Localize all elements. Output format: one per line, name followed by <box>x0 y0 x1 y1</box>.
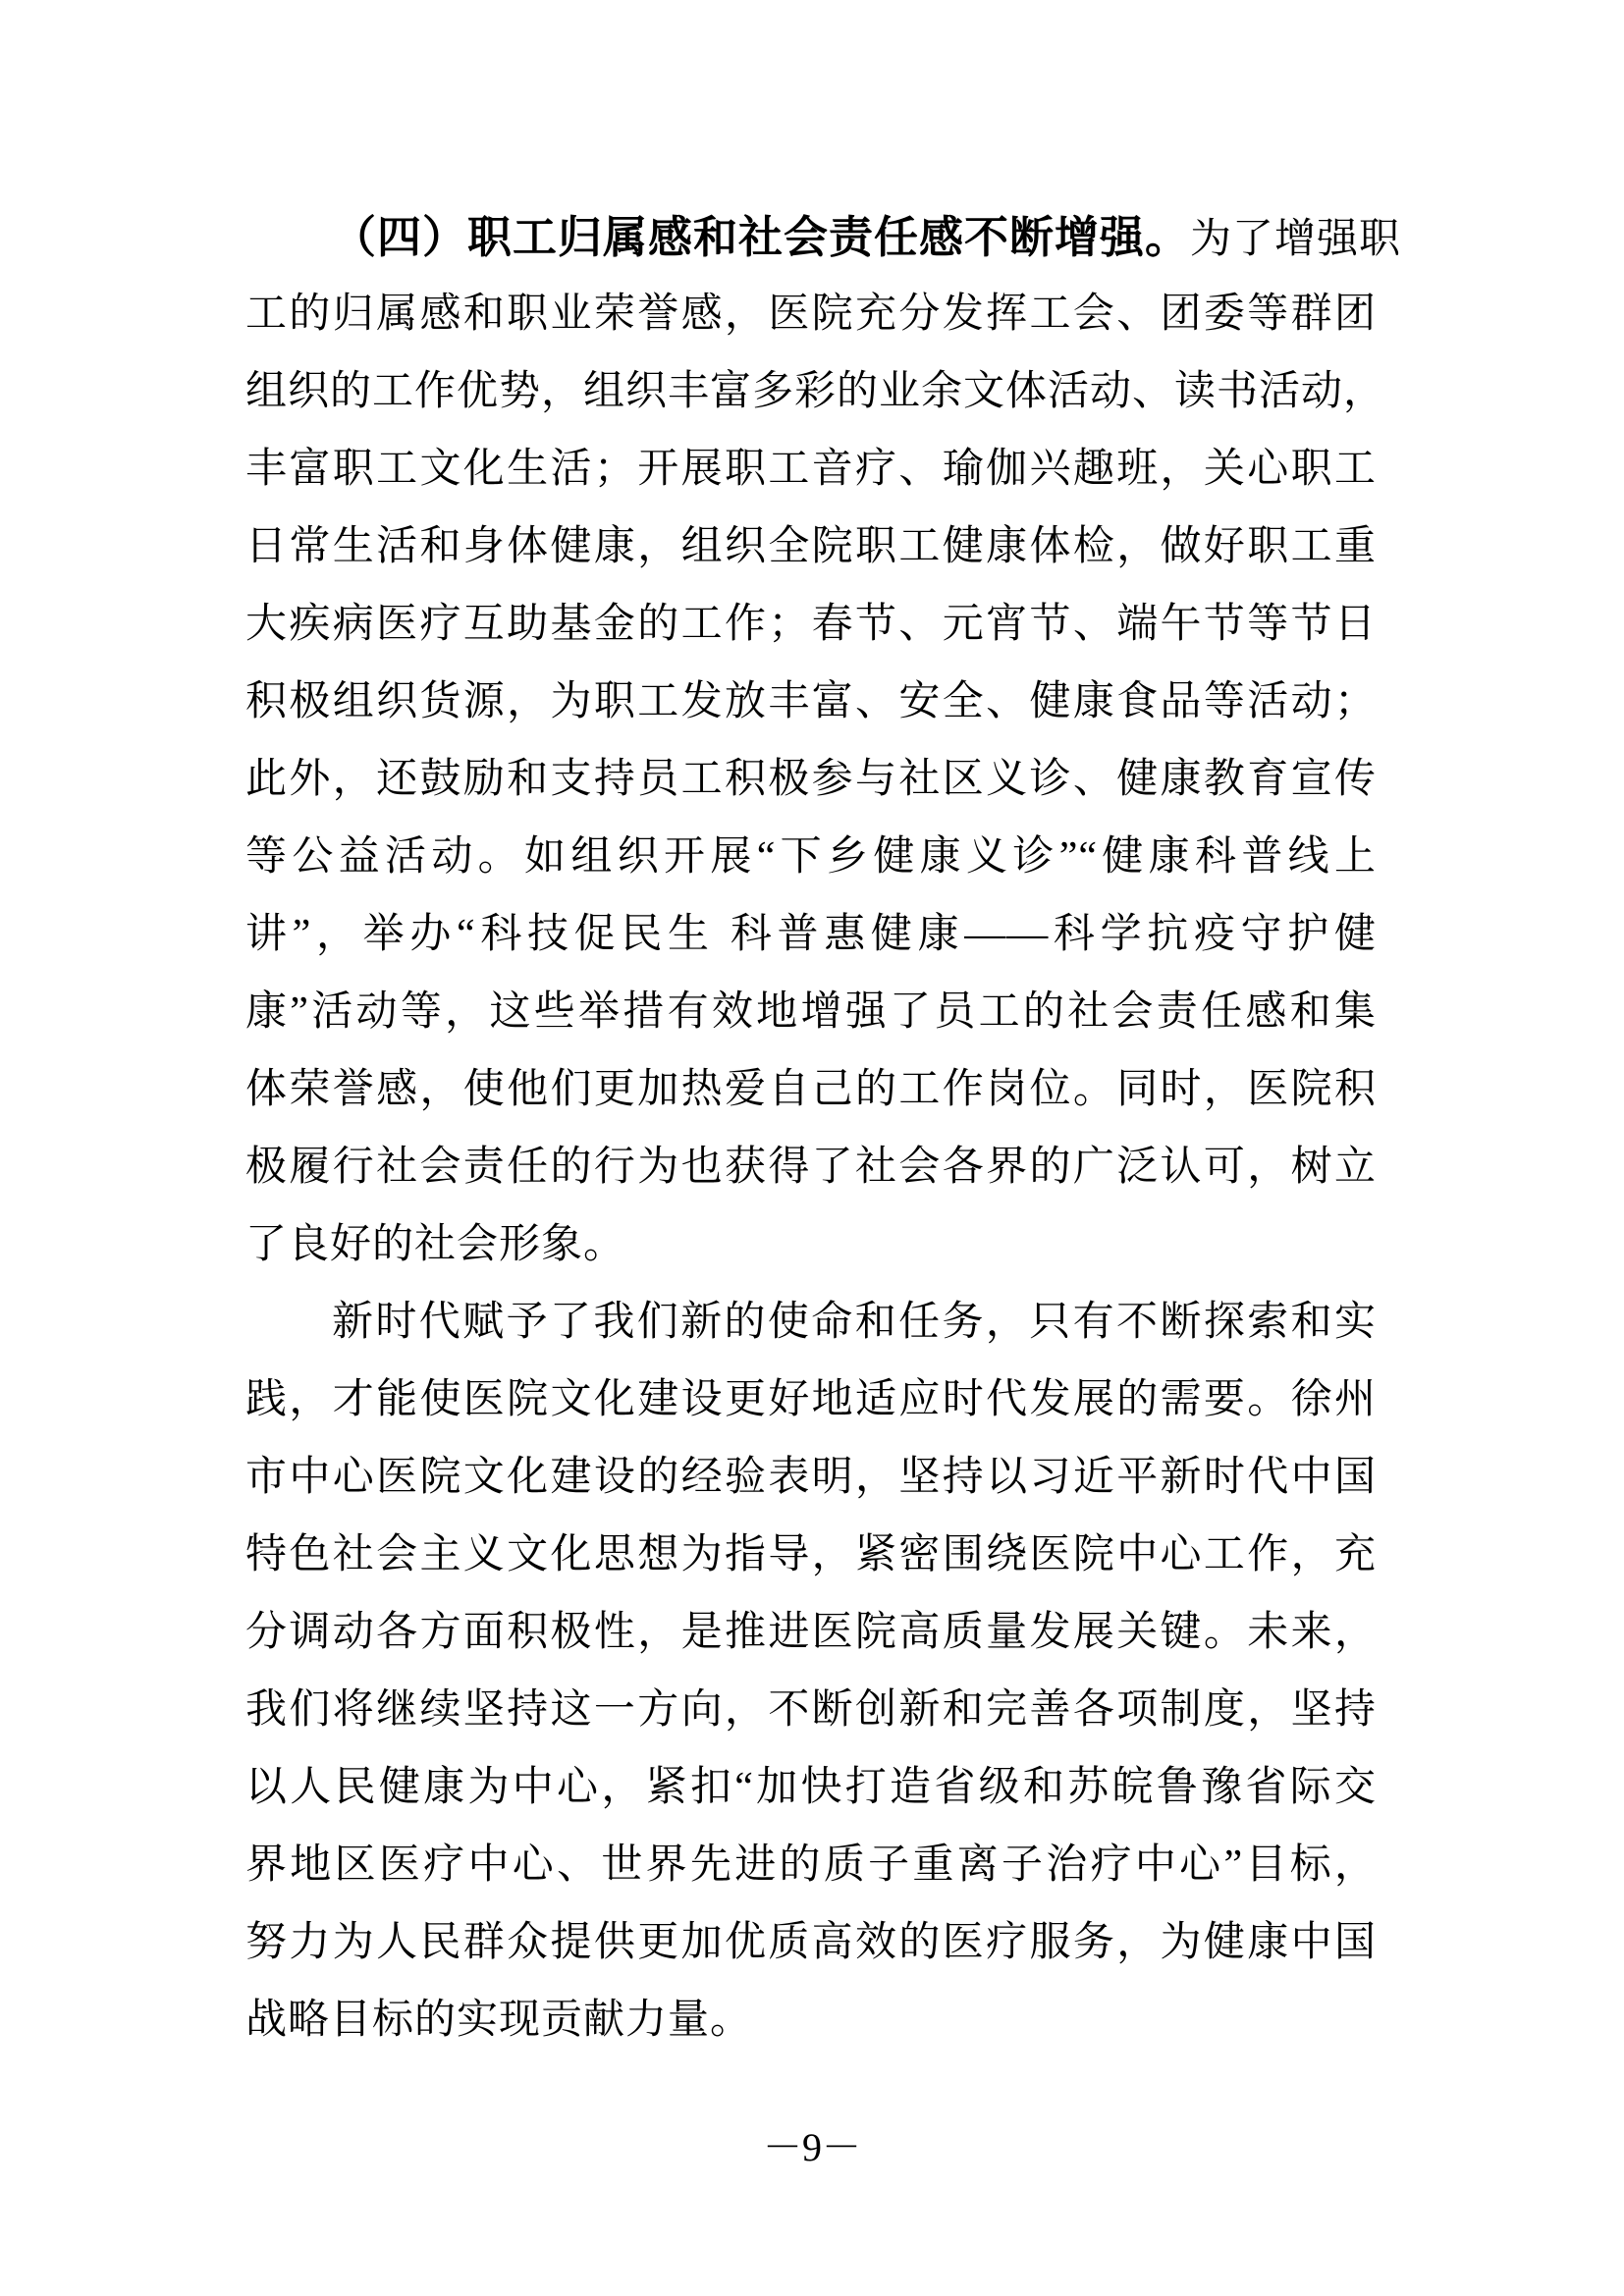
body-line: 讲”，举办“科技促民生 科普惠健康——科学抗疫守护健 <box>245 896 1377 974</box>
body-line: 工的归属感和职业荣誉感，医院充分发挥工会、团委等群团 <box>245 276 1377 353</box>
page-number: －9－ <box>763 2125 861 2169</box>
heading-tail-text: 为了增强职 <box>1190 217 1401 262</box>
body-line: 努力为人民群众提供更加优质高效的医疗服务，为健康中国 <box>245 1904 1377 1982</box>
paragraph-end-line: 了良好的社会形象。 <box>245 1206 1377 1284</box>
body-line: 特色社会主义文化思想为指导，紧密围绕医院中心工作，充 <box>245 1517 1377 1594</box>
body-line: 极履行社会责任的行为也获得了社会各界的广泛认可，树立 <box>245 1129 1377 1206</box>
body-line: 市中心医院文化建设的经验表明，坚持以习近平新时代中国 <box>245 1439 1377 1517</box>
heading-line: （四）职工归属感和社会责任感不断增强。为了增强职 <box>245 198 1377 276</box>
body-line: 大疾病医疗互助基金的工作；春节、元宵节、端午节等节日 <box>245 586 1377 664</box>
body-line: 体荣誉感，使他们更加热爱自己的工作岗位。同时，医院积 <box>245 1051 1377 1129</box>
body-line: 界地区医疗中心、世界先进的质子重离子治疗中心”目标， <box>245 1827 1377 1904</box>
body-line: 丰富职工文化生活；开展职工音疗、瑜伽兴趣班，关心职工 <box>245 431 1377 508</box>
page-footer: －9－ <box>0 2118 1624 2177</box>
body-line: 此外，还鼓励和支持员工积极参与社区义诊、健康教育宣传 <box>245 741 1377 819</box>
body-line: 等公益活动。如组织开展“下乡健康义诊”“健康科普线上 <box>245 819 1377 896</box>
body-line: 践，才能使医院文化建设更好地适应时代发展的需要。徐州 <box>245 1362 1377 1439</box>
body-line: 日常生活和身体健康，组织全院职工健康体检，做好职工重 <box>245 508 1377 586</box>
body-line: 分调动各方面积极性，是推进医院高质量发展关键。未来， <box>245 1594 1377 1672</box>
paragraph-start-line: 新时代赋予了我们新的使命和任务，只有不断探索和实 <box>245 1284 1377 1362</box>
document-page: （四）职工归属感和社会责任感不断增强。为了增强职 工的归属感和职业荣誉感，医院充… <box>0 0 1624 2296</box>
body-line: 积极组织货源，为职工发放丰富、安全、健康食品等活动； <box>245 664 1377 741</box>
paragraph-end-line: 战略目标的实现贡献力量。 <box>245 1982 1377 2059</box>
body-line: 康”活动等，这些举措有效地增强了员工的社会责任感和集 <box>245 974 1377 1051</box>
heading-bold-text: （四）职工归属感和社会责任感不断增强。 <box>332 212 1190 262</box>
body-line: 组织的工作优势，组织丰富多彩的业余文体活动、读书活动， <box>245 353 1377 431</box>
body-line: 以人民健康为中心，紧扣“加快打造省级和苏皖鲁豫省际交 <box>245 1749 1377 1827</box>
document-body: （四）职工归属感和社会责任感不断增强。为了增强职 工的归属感和职业荣誉感，医院充… <box>245 198 1377 2059</box>
body-line: 我们将继续坚持这一方向，不断创新和完善各项制度，坚持 <box>245 1672 1377 1749</box>
